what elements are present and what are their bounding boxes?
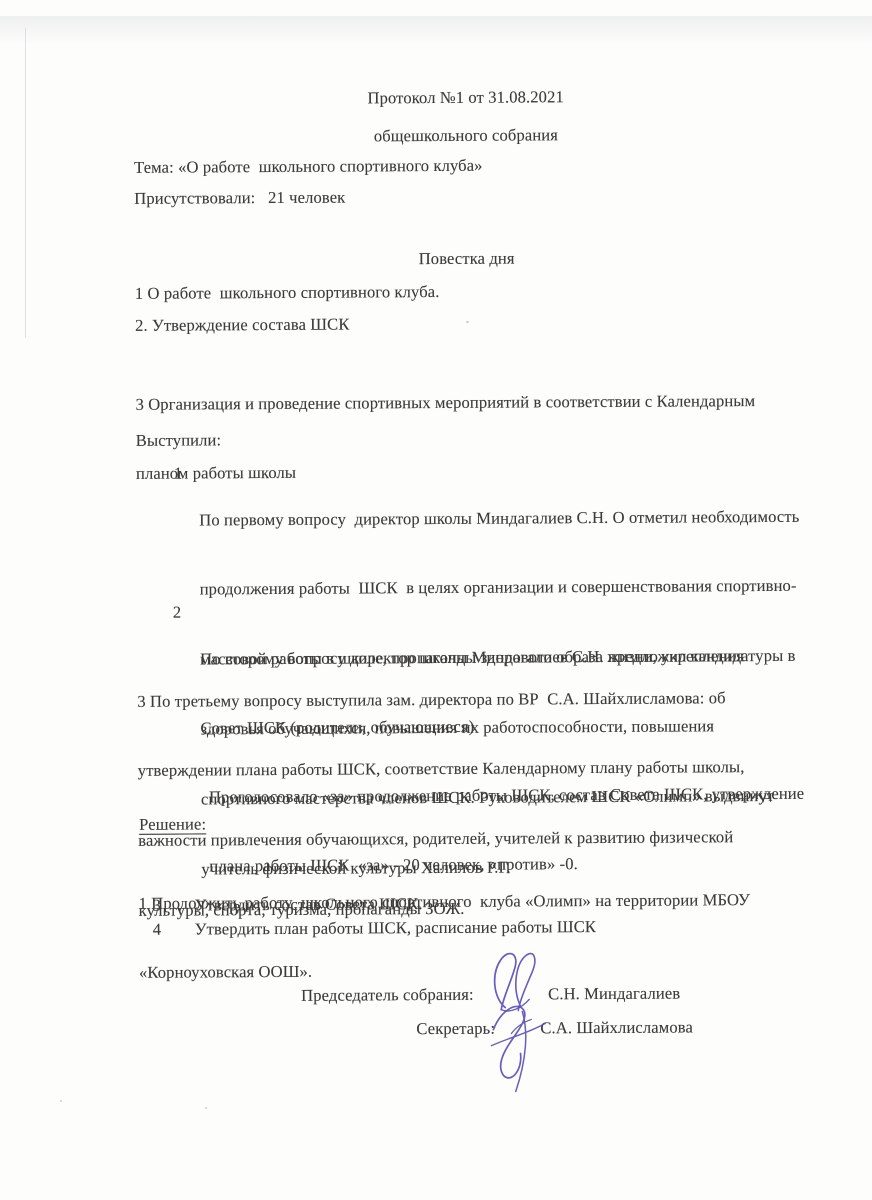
text-line: 3 Организация и проведение спортивных ме…	[135, 388, 807, 415]
document-content: Протокол №1 от 31.08.2021 общешкольного …	[0, 0, 872, 1200]
decision-item-4-number: 4	[153, 918, 162, 941]
speaker-item-2-number: 2	[173, 601, 182, 624]
document-title: Протокол №1 от 31.08.2021	[134, 84, 798, 111]
text-line: 3 По третьему вопросу выступила зам. дир…	[137, 685, 813, 712]
speaker-item-1-number: 1	[174, 462, 183, 485]
text-line: Проголосовало «за» продолжение работы ШС…	[209, 781, 819, 808]
theme-line: Тема: «О работе школьного спортивного кл…	[134, 154, 483, 179]
document-subtitle: общешкольного собрания	[134, 122, 798, 149]
chair-signature-name: С.Н. Миндагалиев	[548, 982, 680, 1006]
agenda-heading: Повестка дня	[135, 245, 799, 272]
chair-signature-label: Председатель собрания:	[301, 983, 474, 1007]
speakers-heading: Выступили:	[136, 428, 222, 452]
decision-item-3-number: 3	[153, 894, 162, 917]
decision-item-4: Утвердить план работы ШСК, расписание ра…	[195, 915, 596, 941]
signature-ink	[465, 945, 566, 1096]
chair-signature-icon	[494, 953, 535, 1011]
decision-heading: Решение:	[139, 812, 206, 836]
secretary-signature-icon	[491, 1006, 546, 1091]
scanned-document-page: Протокол №1 от 31.08.2021 общешкольного …	[0, 0, 872, 1200]
decision-item-3: Утвердить состав Совета ШСК.	[195, 892, 423, 917]
agenda-item-2: 2. Утверждение состава ШСК	[135, 313, 350, 338]
agenda-item-1: 1 О работе школьного спортивного клуба.	[135, 280, 440, 305]
attendees-line: Присутствовали: 21 человек	[134, 186, 345, 211]
text-line: По первому вопросу директор школы Миндаг…	[199, 504, 819, 531]
